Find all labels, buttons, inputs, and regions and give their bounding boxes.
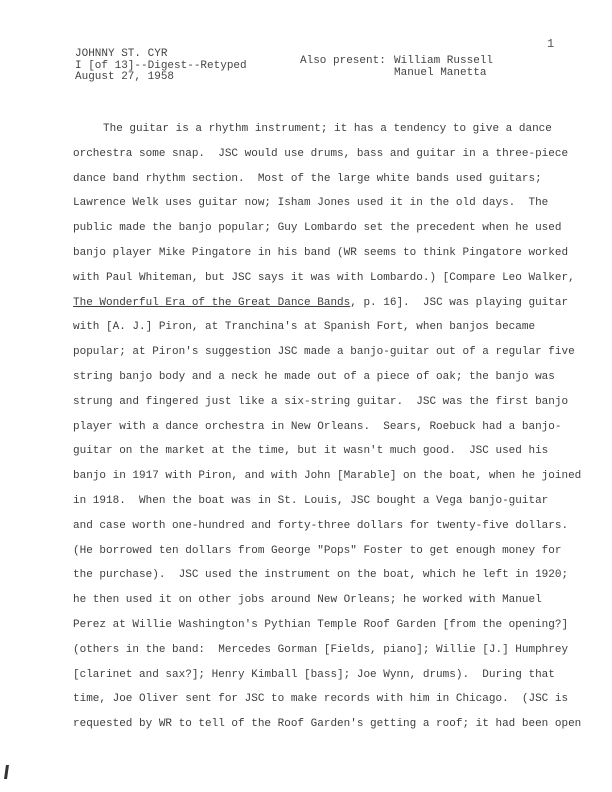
text-line: dance band rhythm section. Most of the l…: [73, 167, 553, 192]
text-line: and case worth one-hundred and forty-thr…: [73, 514, 553, 539]
book-title: The Wonderful Era of the Great Dance Ban…: [73, 297, 350, 309]
text-line: Perez at Willie Washington's Pythian Tem…: [73, 613, 553, 638]
also-present-label: Also present:: [300, 55, 394, 67]
text-line: The guitar is a rhythm instrument; it ha…: [73, 117, 553, 142]
text-line: time, Joe Oliver sent for JSC to make re…: [73, 687, 553, 712]
text-line: with Paul Whiteman, but JSC says it was …: [73, 266, 553, 291]
document-header: JOHNNY ST. CYR I [of 13]--Digest--Retype…: [75, 49, 247, 84]
interview-date: August 27, 1958: [75, 72, 247, 84]
citation-line: The Wonderful Era of the Great Dance Ban…: [73, 291, 553, 316]
text-line: orchestra some snap. JSC would use drums…: [73, 142, 553, 167]
text-line: [clarinet and sax?]; Henry Kimball [bass…: [73, 663, 553, 688]
text-line: Lawrence Welk uses guitar now; Isham Jon…: [73, 191, 553, 216]
text-line: he then used it on other jobs around New…: [73, 588, 553, 613]
also-present-name: Manuel Manetta: [300, 67, 493, 79]
body-text: The guitar is a rhythm instrument; it ha…: [73, 117, 553, 737]
text-line: (others in the band: Mercedes Gorman [Fi…: [73, 638, 553, 663]
scan-edge-mark: [4, 765, 9, 779]
page-number: 1: [547, 37, 554, 51]
text-line: banjo in 1917 with Piron, and with John …: [73, 464, 553, 489]
interviewee-name: JOHNNY ST. CYR: [75, 49, 247, 61]
text-line: guitar on the market at the time, but it…: [73, 439, 553, 464]
text-line: in 1918. When the boat was in St. Louis,…: [73, 489, 553, 514]
text-line: (He borrowed ten dollars from George "Po…: [73, 539, 553, 564]
text-line: popular; at Piron's suggestion JSC made …: [73, 340, 553, 365]
text-line: requested by WR to tell of the Roof Gard…: [73, 712, 553, 737]
also-present-name: William Russell: [394, 55, 493, 67]
text-line: player with a dance orchestra in New Orl…: [73, 415, 553, 440]
citation-rest: , p. 16]. JSC was playing guitar: [350, 297, 568, 309]
text-line: string banjo body and a neck he made out…: [73, 365, 553, 390]
text-line: the purchase). JSC used the instrument o…: [73, 563, 553, 588]
text-line: banjo player Mike Pingatore in his band …: [73, 241, 553, 266]
also-present-block: Also present: William Russell Manuel Man…: [300, 55, 493, 79]
text-line: strung and fingered just like a six-stri…: [73, 390, 553, 415]
text-line: public made the banjo popular; Guy Lomba…: [73, 216, 553, 241]
text-line: with [A. J.] Piron, at Tranchina's at Sp…: [73, 315, 553, 340]
